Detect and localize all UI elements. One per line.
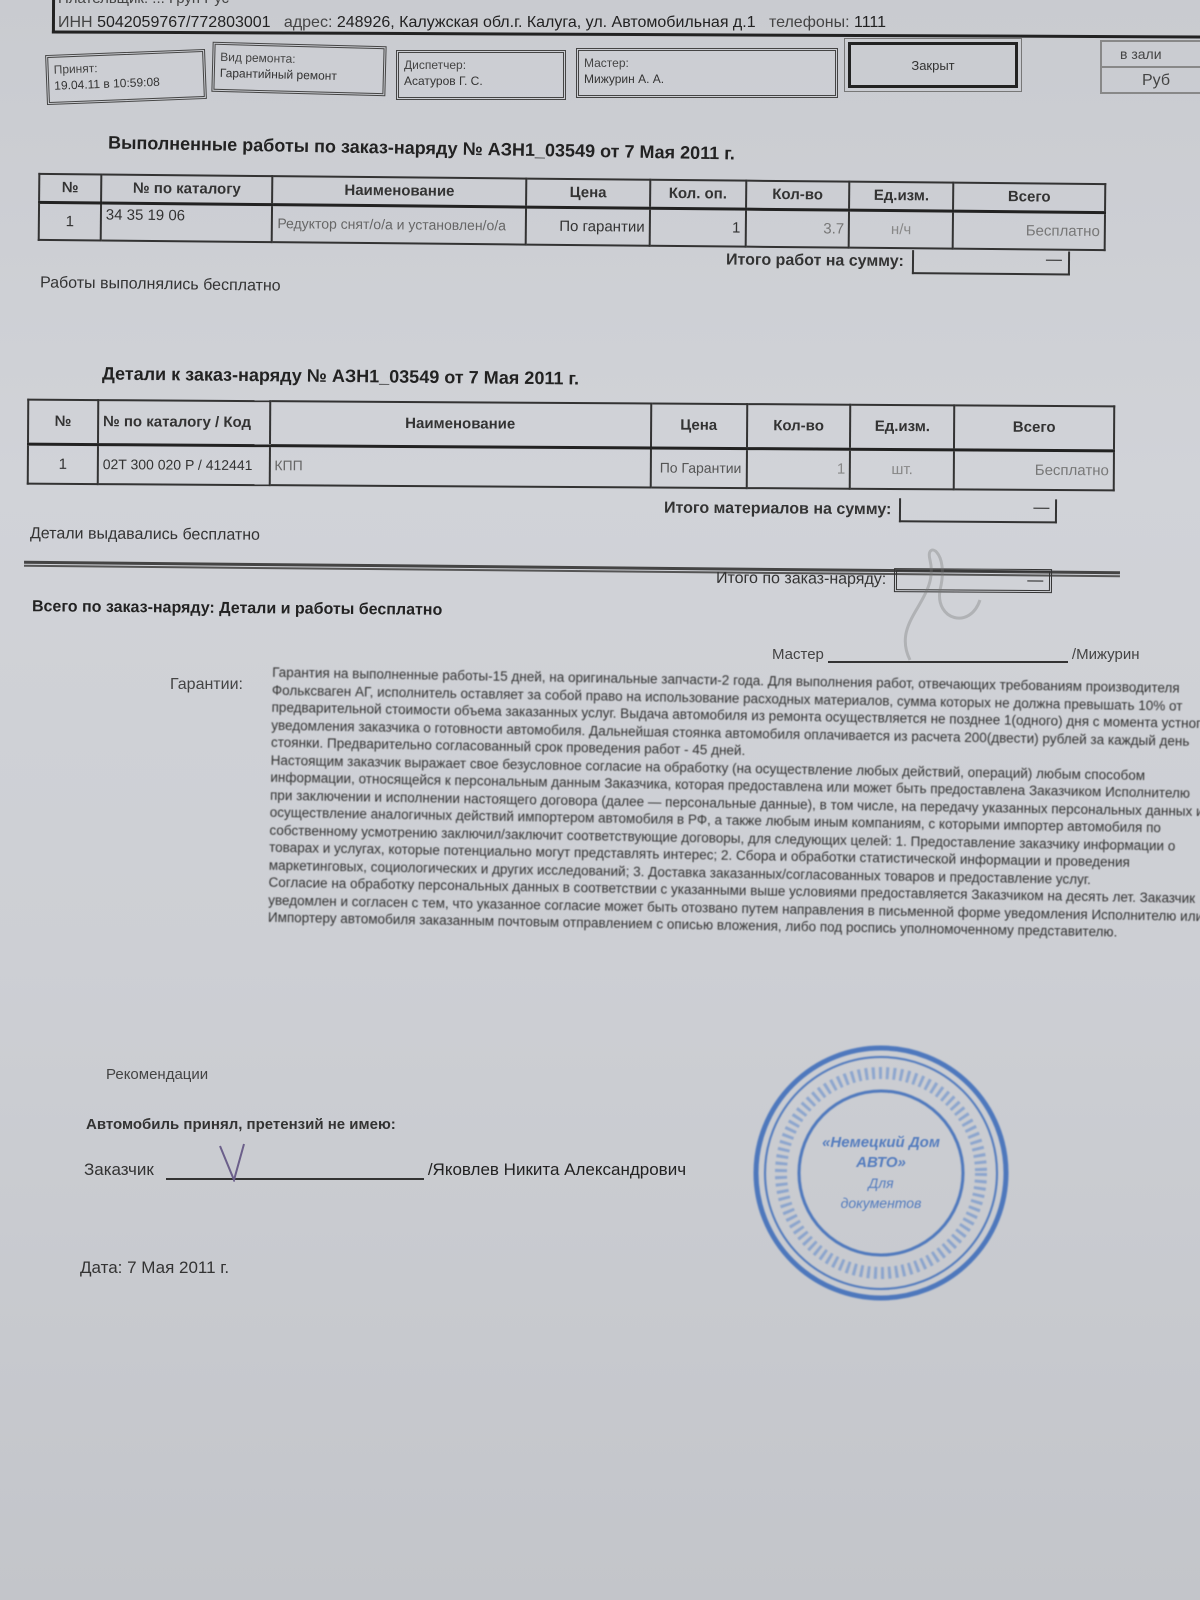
col-catalog: № по каталогу <box>101 174 273 204</box>
master-signature-name: /Мижурин <box>1072 646 1140 663</box>
stamp-text: «Немецкий Дом АВТО» Для документов <box>750 1042 1012 1304</box>
signature-check-icon <box>214 1142 254 1182</box>
master-label: Мастер: <box>584 55 830 71</box>
parts-note: Детали выдавались бесплатно <box>30 525 260 545</box>
order-total-label: Итого по заказ-наряду: <box>716 570 886 589</box>
parts-total: Итого материалов на сумму: — <box>664 497 1058 524</box>
terms-paragraph: Настоящим заказчик выражает свое безусло… <box>269 751 1200 890</box>
col-total: Всего <box>953 183 1105 212</box>
parts-total-value: — <box>899 498 1057 523</box>
cell-price: По Гарантии <box>650 447 746 488</box>
parts-title: Детали к заказ-наряду № АЗН1_03549 от 7 … <box>102 364 579 390</box>
cell-name: Редуктор снят/о/а и установлен/о/а <box>272 204 526 244</box>
master-box: Мастер: Мижурин А. А. <box>576 48 838 98</box>
cell-total: Бесплатно <box>954 449 1114 490</box>
works-total-value: — <box>912 250 1070 275</box>
col-ops: Кол. оп. <box>650 180 746 209</box>
col-name: Наименование <box>270 401 651 447</box>
side-info-box: в зали Руб <box>1100 40 1200 94</box>
address-label: адрес: <box>284 14 332 31</box>
cell-total: Бесплатно <box>953 211 1105 250</box>
master-signature-line <box>828 649 1068 663</box>
cell-qty: 1 <box>746 448 850 489</box>
cell-unit: н/ч <box>849 210 953 249</box>
col-unit: Ед.изм. <box>850 405 954 450</box>
cell-qty: 3.7 <box>745 209 849 248</box>
col-catalog-code: № по каталогу / Код <box>98 400 270 445</box>
recommendations-label: Рекомендации <box>106 1066 208 1083</box>
customer-signature-line <box>166 1162 424 1180</box>
customer-signature: Заказчик /Яковлев Никита Александрович <box>84 1160 686 1180</box>
cell-no: 1 <box>28 444 98 484</box>
cell-name: КПП <box>269 445 650 487</box>
col-qty: Кол-во <box>746 181 850 210</box>
cell-catalog-code: 02T 300 020 P / 412441 <box>98 444 270 485</box>
works-table: № № по каталогу Наименование Цена Кол. о… <box>38 173 1107 251</box>
dispatcher-value: Асатуров Г. С. <box>404 73 558 89</box>
stamp-line-4: документов <box>841 1193 922 1213</box>
repair-type-box: Вид ремонта: Гарантийный ремонт <box>211 42 386 97</box>
parts-table: № № по каталогу / Код Наименование Цена … <box>27 399 1116 492</box>
cell-no: 1 <box>39 202 101 241</box>
stamp-line-2: АВТО» <box>856 1153 906 1173</box>
customer-name: /Яковлев Никита Александрович <box>428 1160 686 1180</box>
address-value: 248926, Калужская обл.г. Калуга, ул. Авт… <box>337 14 756 31</box>
stamp-line-1: «Немецкий Дом <box>822 1133 940 1153</box>
works-title: Выполненные работы по заказ-наряду № АЗН… <box>108 133 735 165</box>
works-total-label: Итого работ на сумму: <box>726 251 904 271</box>
cell-catalog: 34 35 19 06 <box>101 202 273 242</box>
col-qty: Кол-во <box>747 404 851 449</box>
work-order-document: Плательщик: ... Груп Рус ИНН 5042059767/… <box>0 0 1200 1600</box>
col-total: Всего <box>954 405 1114 450</box>
table-row: 1 02T 300 020 P / 412441 КПП По Гарантии… <box>28 444 1114 491</box>
repair-type-value: Гарантийный ремонт <box>220 65 378 85</box>
master-signature: Мастер /Мижурин <box>772 646 1140 663</box>
master-value: Мижурин А. А. <box>584 71 830 87</box>
terms-paragraph: Гарантия на выполненные работы-15 дней, … <box>271 664 1200 768</box>
payer-line: Плательщик: ... Груп Рус <box>58 0 229 7</box>
side-info-top: в зали <box>1102 42 1200 68</box>
dispatcher-box: Диспетчер: Асатуров Г. С. <box>396 50 566 100</box>
company-stamp: «Немецкий Дом АВТО» Для документов <box>750 1042 1012 1304</box>
phones-value: 1111 <box>854 14 886 31</box>
col-no: № <box>28 400 98 444</box>
inn-label: ИНН <box>58 14 93 31</box>
side-info-currency: Руб <box>1102 68 1200 90</box>
accepted-box: Принят: 19.04.11 в 10:59:08 <box>45 49 207 105</box>
cell-price: По гарантии <box>526 207 650 246</box>
customer-label: Заказчик <box>84 1160 154 1180</box>
guarantee-terms: Гарантия на выполненные работы-15 дней, … <box>268 664 1200 943</box>
order-summary: Всего по заказ-наряду: Детали и работы б… <box>32 598 442 620</box>
status-closed-button[interactable]: Закрыт <box>848 42 1018 88</box>
col-price: Цена <box>651 403 747 448</box>
stamp-line-3: Для <box>868 1173 893 1193</box>
cell-unit: шт. <box>850 449 954 490</box>
parts-total-label: Итого материалов на сумму: <box>664 500 892 520</box>
document-date: Дата: 7 Мая 2011 г. <box>80 1258 229 1278</box>
company-details: ИНН 5042059767/772803001 адрес: 248926, … <box>58 14 886 32</box>
dispatcher-label: Диспетчер: <box>404 57 558 73</box>
works-note: Работы выполнялись бесплатно <box>40 274 281 295</box>
col-name: Наименование <box>273 176 527 206</box>
col-price: Цена <box>526 179 650 208</box>
parts-header-row: № № по каталогу / Код Наименование Цена … <box>28 400 1114 451</box>
works-total: Итого работ на сумму: — <box>726 249 1070 276</box>
guarantee-label: Гарантии: <box>170 676 243 694</box>
inn-value: 5042059767/772803001 <box>97 14 271 31</box>
col-no: № <box>39 174 101 203</box>
col-unit: Ед.изм. <box>849 182 953 211</box>
phones-label: телефоны: <box>769 14 850 31</box>
acceptance-statement: Автомобиль принял, претензий не имею: <box>86 1116 396 1133</box>
cell-ops: 1 <box>649 208 745 247</box>
master-signature-label: Мастер <box>772 646 824 663</box>
